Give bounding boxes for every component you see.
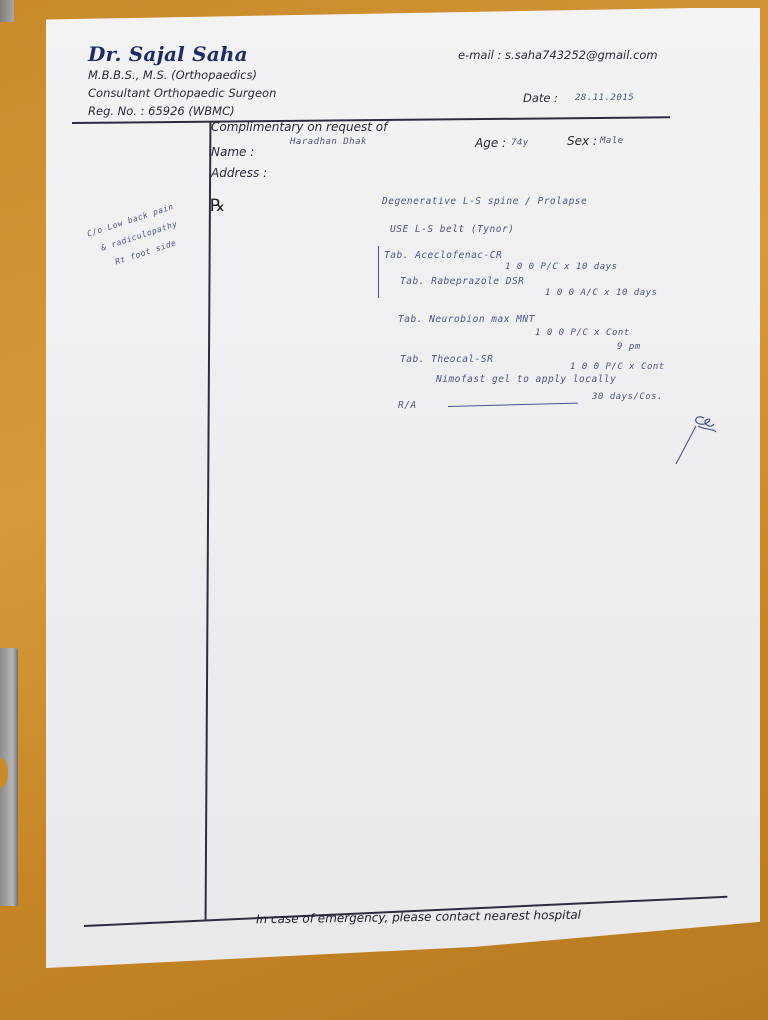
med-bracket (378, 246, 379, 298)
med-4-name: Tab. Theocal-SR (400, 354, 493, 365)
advice: USE L-S belt (Tynor) (390, 224, 514, 235)
signature-icon (674, 412, 724, 468)
med-1-dosage: 1 0 0 P/C x 10 days (505, 262, 617, 272)
designation: Consultant Orthopaedic Surgeon (88, 86, 276, 100)
age-value: 74y (511, 138, 529, 148)
prescription-paper (46, 8, 760, 968)
diagnosis: Degenerative L-S spine / Prolapse (382, 196, 587, 207)
age-label: Age : (475, 136, 506, 150)
address-label: Address : (211, 166, 267, 180)
qualifications: M.B.B.S., M.S. (Orthopaedics) (88, 68, 257, 82)
sex-value: Male (600, 136, 624, 146)
name-value: Haradhan Dhak (290, 137, 367, 147)
med-3-name: Tab. Neurobion max MNT (398, 314, 535, 325)
name-label: Name : (211, 145, 254, 159)
review-value: 30 days/Cos. (592, 392, 663, 402)
date-value: 28.11.2015 (575, 93, 634, 103)
sex-label: Sex : (567, 134, 597, 148)
med-1-name: Tab. Aceclofenac-CR (384, 250, 502, 261)
date-label: Date : (523, 91, 558, 105)
email: e-mail : s.saha743252@gmail.com (458, 48, 658, 62)
doctor-name: Dr. Sajal Saha (88, 42, 248, 66)
complimentary-label: Complimentary on request of (211, 120, 387, 134)
rx-symbol: ℞ (210, 196, 225, 216)
review-label: R/A (398, 400, 417, 411)
med-3-note: 9 pm (617, 342, 641, 352)
med-2-dosage: 1 0 0 A/C x 10 days (545, 288, 657, 298)
med-5-name: Nimofast gel to apply locally (436, 374, 616, 385)
med-2-name: Tab. Rabeprazole DSR (400, 276, 524, 287)
med-4-dosage: 1 0 0 P/C x Cont (570, 362, 665, 372)
med-3-dosage: 1 0 0 P/C x Cont (535, 328, 630, 338)
metal-clip-top (0, 0, 14, 22)
registration-number: Reg. No. : 65926 (WBMC) (88, 104, 235, 118)
